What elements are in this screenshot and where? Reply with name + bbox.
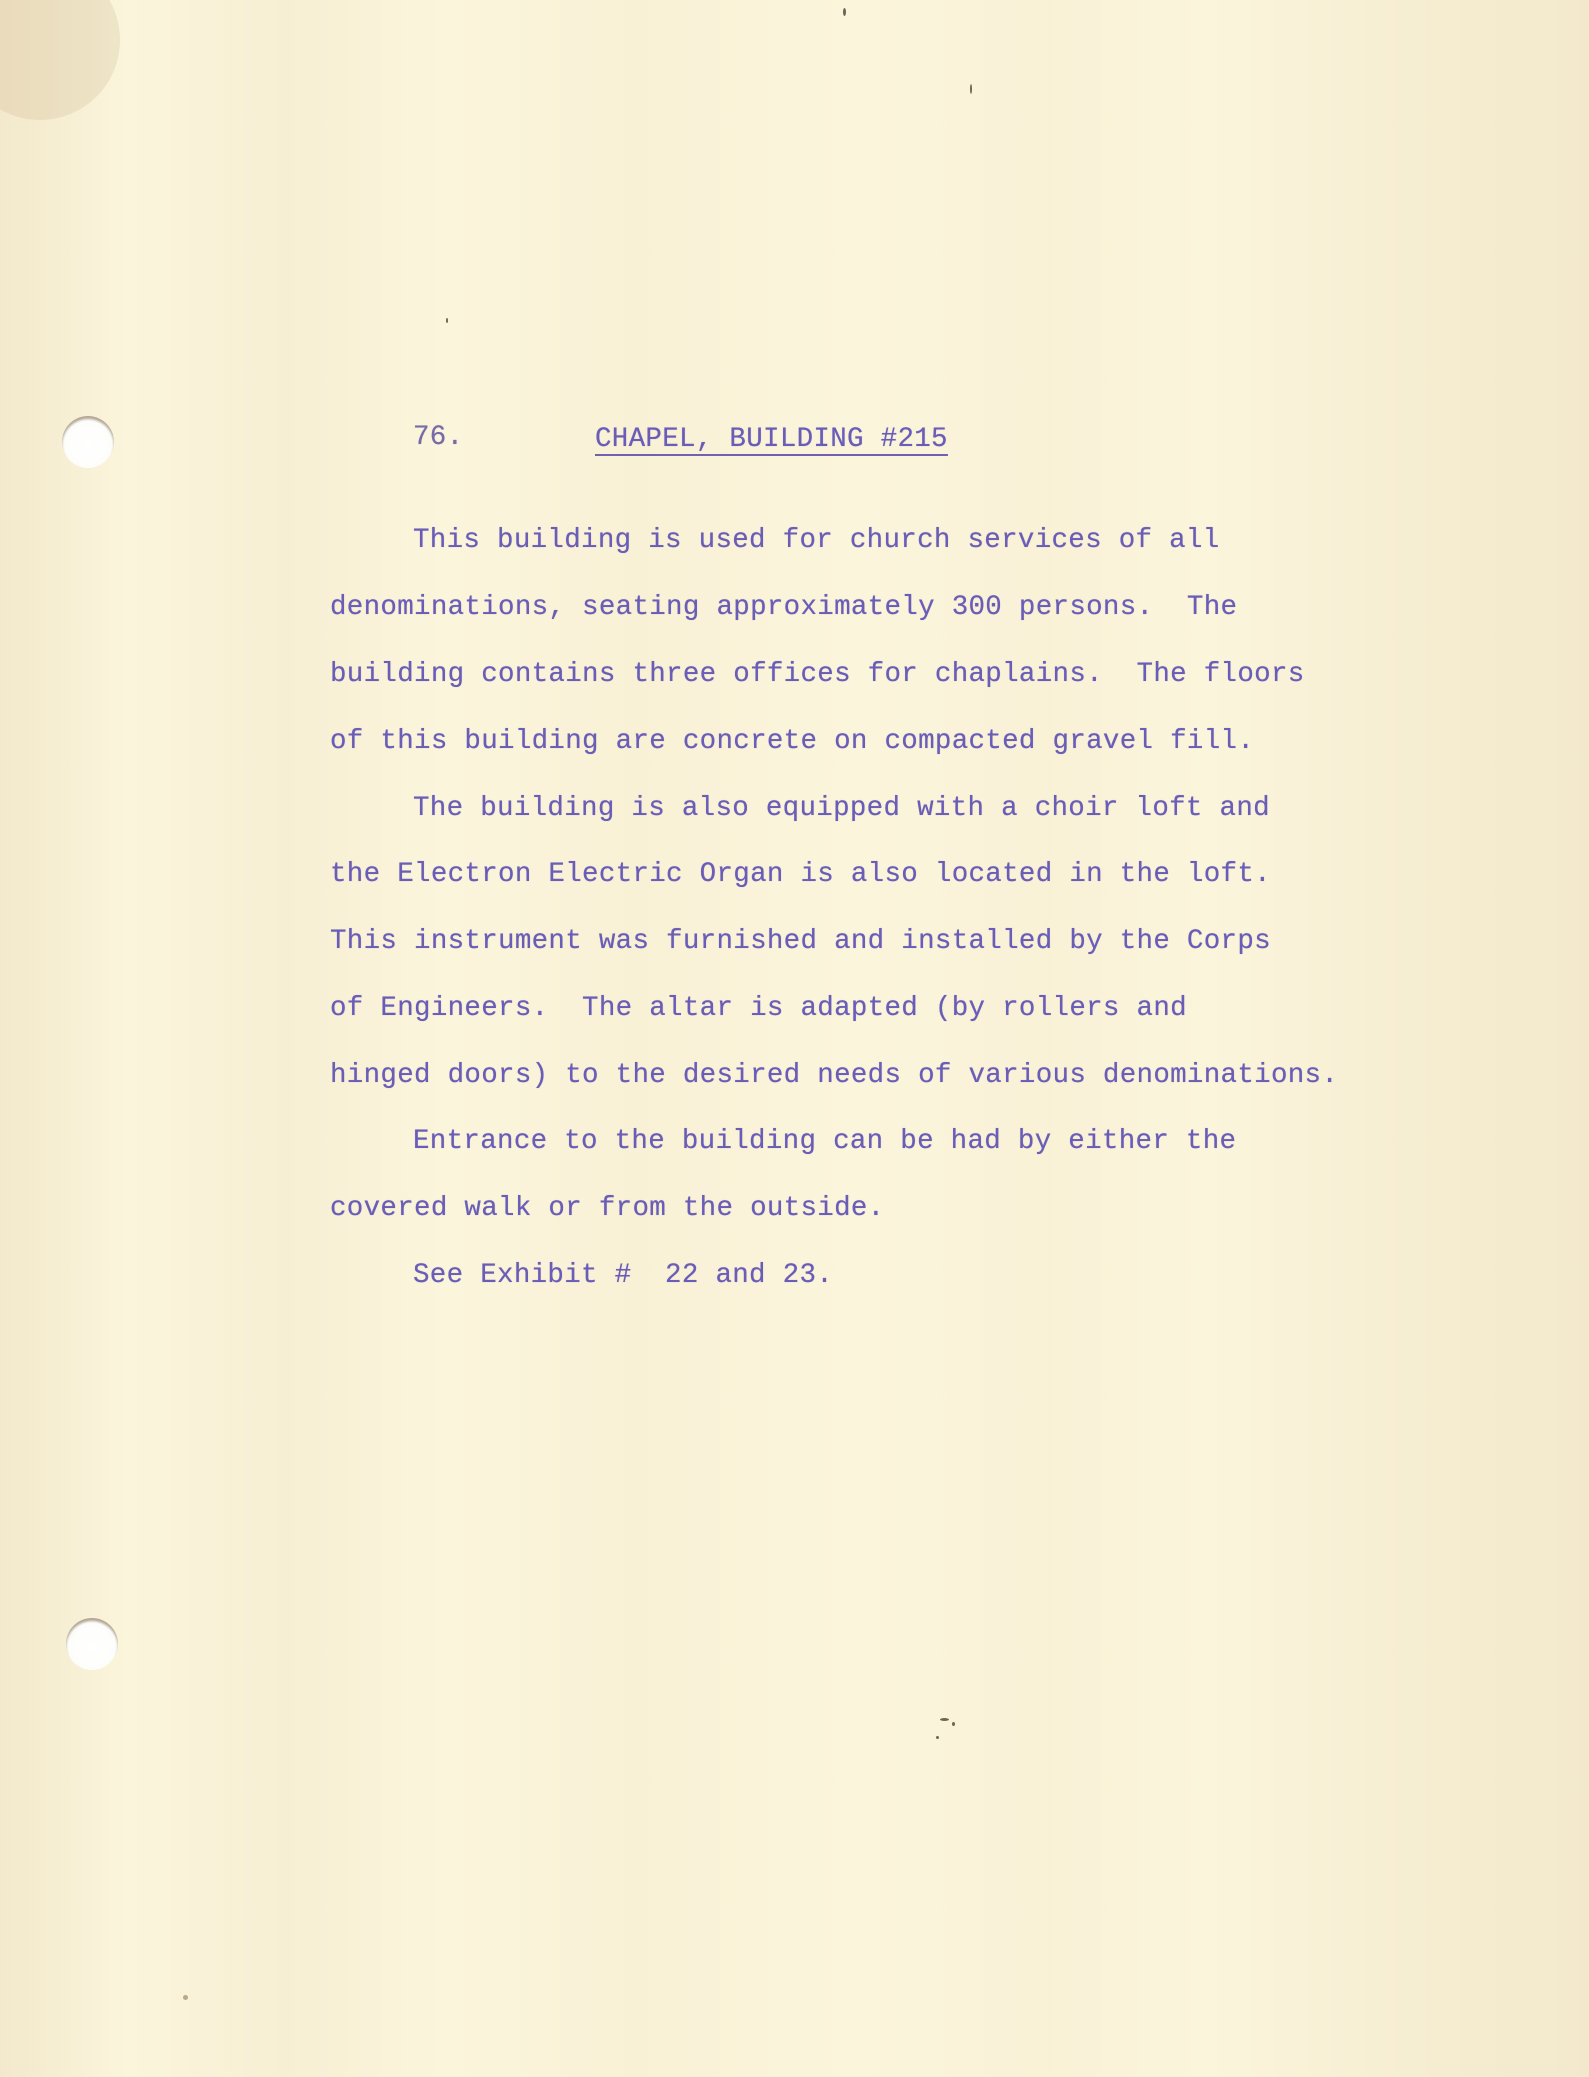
text-line: The building is also equipped with a cho… [413,795,1270,823]
text-line: the Electron Electric Organ is also loca… [330,861,1271,889]
text-line: This building is used for church service… [413,527,1220,555]
paper-speck [183,1995,188,2000]
text-line: of Engineers. The altar is adapted (by r… [330,995,1187,1023]
paper-speck [952,1722,955,1726]
text-line: Entrance to the building can be had by e… [413,1128,1236,1156]
paper-speck [970,84,972,94]
text-line: This instrument was furnished and instal… [330,928,1271,956]
text-line: building contains three offices for chap… [330,661,1305,689]
punch-hole-top [62,416,114,468]
page-number: 76. [413,424,463,452]
text-line: covered walk or from the outside. [330,1195,885,1223]
exhibit-reference: See Exhibit # 22 and 23. [413,1262,833,1290]
text-line: of this building are concrete on compact… [330,728,1254,756]
text-line: hinged doors) to the desired needs of va… [330,1062,1338,1090]
paper-speck [446,318,448,323]
punch-hole-bottom [66,1618,118,1670]
text-line: denominations, seating approximately 300… [330,594,1237,622]
paper-speck [940,1718,949,1721]
paper-speck [843,8,846,16]
page-title: CHAPEL, BUILDING #215 [595,426,948,454]
paper-stain [0,0,120,120]
paper-speck [936,1736,939,1739]
typewritten-page: 76. CHAPEL, BUILDING #215 This building … [0,0,1589,2077]
